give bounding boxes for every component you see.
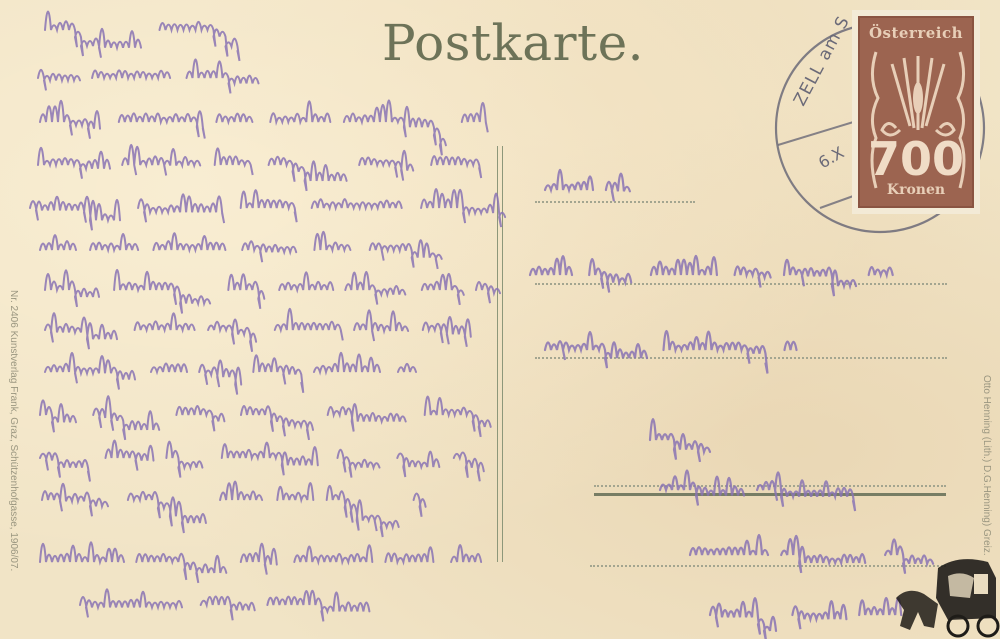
- stagecoach-illustration: [888, 548, 1000, 639]
- handwritten-message: [0, 0, 1000, 639]
- postcard-back: Postkarte. Nr. 2406 Kunstverlag Frank, G…: [0, 0, 1000, 639]
